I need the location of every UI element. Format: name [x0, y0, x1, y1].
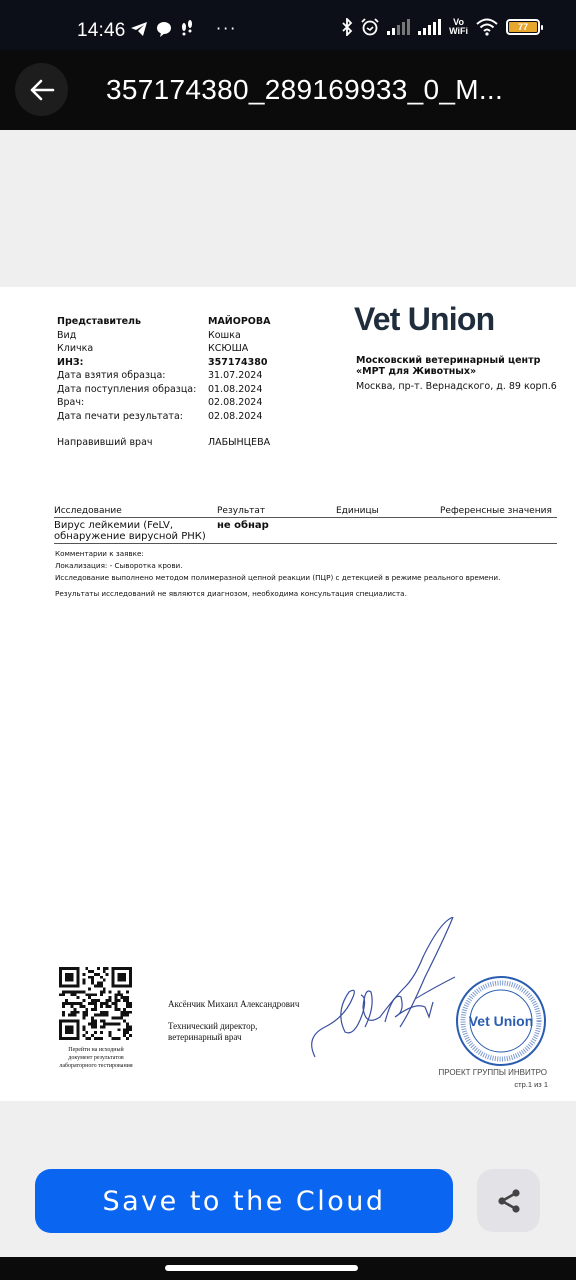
patient-info: ПредставительМАЙОРОВАВидКошкаКличкаКСЮША… [57, 315, 270, 450]
referring-doctor: Направивший врачЛАБЫНЦЕВА [57, 436, 270, 450]
header-test: Исследование [54, 506, 217, 516]
test-units [336, 520, 440, 542]
qr-code[interactable] [59, 967, 132, 1040]
info-value: 357174380 [208, 357, 268, 368]
info-label: Дата поступления образца: [57, 384, 208, 395]
signature [305, 917, 465, 1067]
status-bar: 14:46 ··· Vo WiFi [0, 0, 576, 50]
signal-sim2-icon [418, 19, 441, 35]
navigation-bar [0, 1257, 576, 1280]
clinic-address: Москва, пр-т. Вернадского, д. 89 корп.6 [356, 381, 557, 392]
bluetooth-icon [341, 18, 353, 36]
info-label: ИНЗ: [57, 357, 208, 368]
test-reference [440, 520, 557, 542]
status-time: 14:46 [77, 20, 126, 42]
alarm-icon [361, 18, 379, 36]
test-result: не обнар [217, 520, 336, 542]
info-value: КСЮША [208, 343, 248, 354]
header-result: Результат [217, 506, 336, 516]
info-label: Вид [57, 330, 208, 341]
info-label: Врач: [57, 397, 208, 408]
header-reference: Референсные значения [440, 506, 557, 516]
info-label: Кличка [57, 343, 208, 354]
info-row: КличкаКСЮША [57, 342, 270, 356]
vet-union-stamp: Vet Union [453, 975, 549, 1067]
footsteps-icon [180, 20, 194, 38]
qr-caption: Перейти на исходный документ результатов… [52, 1046, 140, 1070]
info-value: 31.07.2024 [208, 370, 262, 381]
arrow-left-icon [29, 79, 55, 101]
header-units: Единицы [336, 506, 440, 516]
info-label: Дата взятия образца: [57, 370, 208, 381]
battery-level: 77 [509, 22, 537, 32]
info-label: Представитель [57, 316, 208, 327]
signal-sim1-icon [387, 19, 410, 35]
telegram-icon [130, 21, 148, 37]
more-dots-icon: ··· [216, 19, 237, 38]
chat-bubble-icon [156, 21, 172, 37]
notification-icons: ··· [130, 19, 237, 38]
info-value: 02.08.2024 [208, 411, 262, 422]
info-row: Дата печати результата:02.08.2024 [57, 410, 270, 424]
info-value: 02.08.2024 [208, 397, 262, 408]
info-value: 01.08.2024 [208, 384, 262, 395]
back-button[interactable] [15, 63, 68, 116]
info-row: Дата взятия образца:31.07.2024 [57, 369, 270, 383]
info-label: Дата печати результата: [57, 411, 208, 422]
comments: Комментарии к заявке: Локализация: - Сыв… [55, 548, 500, 600]
share-button[interactable] [477, 1169, 540, 1232]
info-row: Врач:02.08.2024 [57, 396, 270, 410]
share-icon [494, 1186, 524, 1216]
info-label: Направивший врач [57, 437, 208, 448]
info-value: Кошка [208, 330, 241, 341]
results-header: Исследование Результат Единицы Референсн… [54, 506, 557, 518]
table-row: Вирус лейкемии (FeLV, обнаружение вирусн… [54, 518, 557, 544]
vet-union-logo: Vet Union [354, 301, 494, 338]
signer-title: Технический директор, ветеринарный врач [168, 1021, 257, 1043]
results-table: Исследование Результат Единицы Референсн… [54, 506, 557, 544]
document-title: 357174380_289169933_0_M... [106, 74, 503, 106]
save-to-cloud-button[interactable]: Save to the Cloud [35, 1169, 453, 1233]
test-name: Вирус лейкемии (FeLV, обнаружение вирусн… [54, 520, 217, 542]
info-value: МАЙОРОВА [208, 316, 270, 327]
clinic-name: Московский ветеринарный центр «МРТ для Ж… [356, 355, 540, 377]
footer-brand: ПРОЕКТ ГРУППЫ ИНВИТРО [439, 1068, 548, 1077]
document-page: ПредставительМАЙОРОВАВидКошкаКличкаКСЮША… [0, 287, 576, 1101]
vowifi-icon: Vo WiFi [449, 18, 468, 36]
info-row: ПредставительМАЙОРОВА [57, 315, 270, 329]
info-row: ИНЗ:357174380 [57, 356, 270, 370]
info-value: ЛАБЫНЦЕВА [208, 437, 270, 448]
page-number: стр.1 из 1 [514, 1080, 548, 1089]
info-row: Дата поступления образца:01.08.2024 [57, 383, 270, 397]
svg-text:Vet Union: Vet Union [469, 1013, 534, 1029]
document-viewer[interactable]: ПредставительМАЙОРОВАВидКошкаКличкаКСЮША… [0, 130, 576, 1130]
home-indicator[interactable] [165, 1265, 358, 1271]
app-bar: 357174380_289169933_0_M... [0, 50, 576, 130]
wifi-icon [476, 18, 498, 36]
battery-icon: 77 [506, 19, 540, 35]
system-icons: Vo WiFi 77 [341, 18, 540, 36]
signer-name: Аксёнчик Михаил Александрович [168, 999, 299, 1009]
info-row: ВидКошка [57, 329, 270, 343]
